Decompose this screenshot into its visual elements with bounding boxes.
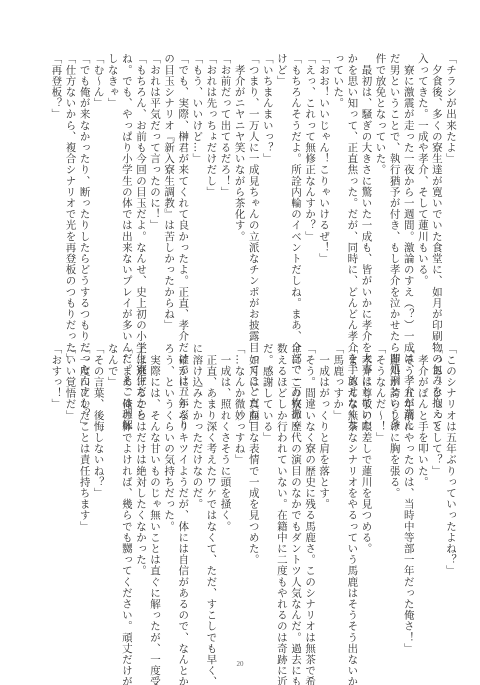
text-line: 「いちまんまいっ？」 bbox=[261, 53, 275, 317]
text-line: 「再登板？」 bbox=[49, 53, 63, 317]
text-line: 「お前だって出てるだろ！」 bbox=[218, 53, 232, 317]
text-line: 孝介がぽんと手を叩いた。 bbox=[416, 343, 430, 637]
text-line: 数えるほどしか行われていない。在籍中に二度もやれるのは奇跡に近いん bbox=[275, 343, 289, 637]
text-line: 「っあ！ひょっとして？」 bbox=[430, 343, 444, 637]
text-line: けど」 bbox=[275, 53, 289, 317]
text-line: 「馬鹿っすか」 bbox=[331, 343, 345, 637]
text-line: 「おれは先っちょだけだし」 bbox=[204, 53, 218, 317]
text-line: 「おれは平気だって言ったのに！」 bbox=[148, 53, 162, 317]
text-line: 「…まあ、俺の体でよければ、幾らでも嬲ってください。頑丈だけがとりえ bbox=[120, 343, 134, 637]
text-line: 如月は、真面目な表情で一成を見つめた。 bbox=[247, 343, 261, 637]
text-line: 孝介がニヤニヤ笑いながら茶化す。 bbox=[233, 53, 247, 317]
text-line: しなきゃ」 bbox=[106, 53, 120, 317]
text-line: 寮に激震が走った一夜から一週間。激論のすえ（？）一成は、孝介が選ん bbox=[402, 53, 416, 317]
text-line: 一成は、照れくさそうに頭を掻く。 bbox=[218, 343, 232, 637]
text-line: 孝介は尊敬の眼差しで蓮川を見つめる。 bbox=[359, 343, 373, 637]
text-line: 「でも俺が来なかったり、断ったりしたらどうするつもりだったんすか？」 bbox=[77, 53, 91, 317]
text-line: 「つまり、一万人に一成見ちゃんの立派なチンポがお披露目ってことだね」 bbox=[247, 53, 261, 317]
text-line: 「もう、いいけど…」 bbox=[190, 53, 204, 317]
text-line: 「でも、実際、榊君が来てくれて良かったよ。正直、孝介だけでは五年ぶり bbox=[176, 53, 190, 317]
page-number: 20 bbox=[0, 660, 480, 668]
text-line: 正直、あまり深く考えたワケではなくて、ただ、すこしでも早く、この寮 bbox=[204, 343, 218, 637]
text-line: に溶け込みたかっただけなのだ。 bbox=[190, 343, 204, 637]
text-line: 「そうなんだ～！」 bbox=[373, 343, 387, 637]
text-line: 「その言葉、後悔しないね？」 bbox=[92, 343, 106, 637]
text-line: っていた。 bbox=[331, 53, 345, 317]
text-block-upper: 「チラシが出来たよ」 夕食後、多くの寮生達が寛いでいた食堂に、如月が印刷物の包み… bbox=[49, 53, 458, 317]
text-line: 件で放免となっていた。 bbox=[373, 53, 387, 317]
text-line: 蓮川が誇らしげに胸を張る。 bbox=[388, 343, 402, 637]
text-line: 夕食後、多くの寮生達が寛いでいた食堂に、如月が印刷物の包みを抱えて bbox=[430, 53, 444, 317]
text-line: 「もちろんそうだよ。所詮内輪のイベントだしね。まあ、全部で一万枚撒く bbox=[289, 53, 303, 317]
text-line: 「一度口にしたことは責任持ちます」 bbox=[77, 343, 91, 637]
text-line: 一成はがっくりと肩を落とす。 bbox=[317, 343, 331, 637]
text-line: ろう、というくらいの気持ちだった。 bbox=[162, 343, 176, 637]
text-line: だ。感謝している」 bbox=[261, 343, 275, 637]
text-line: 「ま、あんな無茶なシナリオをやるっていう馬鹿はそうそう出ないからね」 bbox=[345, 343, 359, 637]
text-line: 「…なんか微妙っすね」 bbox=[233, 343, 247, 637]
text-line: 「そう。間違いなく寮の歴史に残る馬鹿さ。このシナリオは無茶で希少なだ bbox=[303, 343, 317, 637]
text-line: 「そう、五年前にやったのは、当時中等部一年だった俺さ！」 bbox=[402, 343, 416, 637]
text-line: 「おすっ！」 bbox=[49, 343, 63, 637]
text-line: 最初は、騒ぎの大きさに驚いた一成も、皆がいかに孝介を大事にしていた bbox=[359, 53, 373, 317]
text-line: なんで」 bbox=[106, 343, 120, 637]
text-line: 「む～ん」 bbox=[92, 53, 106, 317]
text-line: ね。でも、やっぱり小学生の体では出来ないプレイが多いんだ。そこは理解 bbox=[120, 53, 134, 317]
text-block-lower: 「このシナリオは五年ぶりっていったよね？」「っあ！ひょっとして？」 孝介がぽんと… bbox=[49, 343, 458, 637]
text-line: かを思い知って、正直焦った。だが、同時に、どんどん孝介を手放せなくな bbox=[345, 53, 359, 317]
document-page: 「チラシが出来たよ」 夕食後、多くの寮生達が寛いでいた食堂に、如月が印刷物の包み… bbox=[0, 0, 480, 685]
text-line: の目玉シナリオ『新入寮生調教』は苦しかったからね」 bbox=[162, 53, 176, 317]
text-line: 上は逃げることはだけは絶対したくなかった。 bbox=[134, 343, 148, 637]
text-line: 確かに、かなりキツイようだが、体には自信があるので、なんとかなるだ bbox=[176, 343, 190, 637]
text-line: 入ってきた。一成や孝介、そして蓮川もいる。 bbox=[416, 53, 430, 317]
text-line: 実際には、そんな甘いものじゃ無いことは直ぐに解ったが、一度受けた以 bbox=[148, 343, 162, 637]
text-line: 「チラシが出来たよ」 bbox=[444, 53, 458, 317]
text-line: 「もちろん、お前も今回の目玉だよ。なんせ、史上初の小学生寮生だから bbox=[134, 53, 148, 317]
text-line: 「このシナリオは五年ぶりっていったよね？」 bbox=[444, 343, 458, 637]
text-line: 「えっ、これって無修正なんすか？」 bbox=[303, 53, 317, 317]
text-line: 「仕方ないから、複合シナリオで光を再登板のつもりだった」 bbox=[63, 53, 77, 317]
text-line: 「いい覚悟だ」 bbox=[63, 343, 77, 637]
text-line: けに、この寮の歴代の演目のなかでもダントツ人気なんだ。過去にも本当に bbox=[289, 343, 303, 637]
text-line: 「おお！いいじゃん！こりゃいけるぜ！」 bbox=[317, 53, 331, 317]
text-line: だ男ということで、執行猶予が付き、もし孝介を泣かせたら即処刑という条 bbox=[388, 53, 402, 317]
